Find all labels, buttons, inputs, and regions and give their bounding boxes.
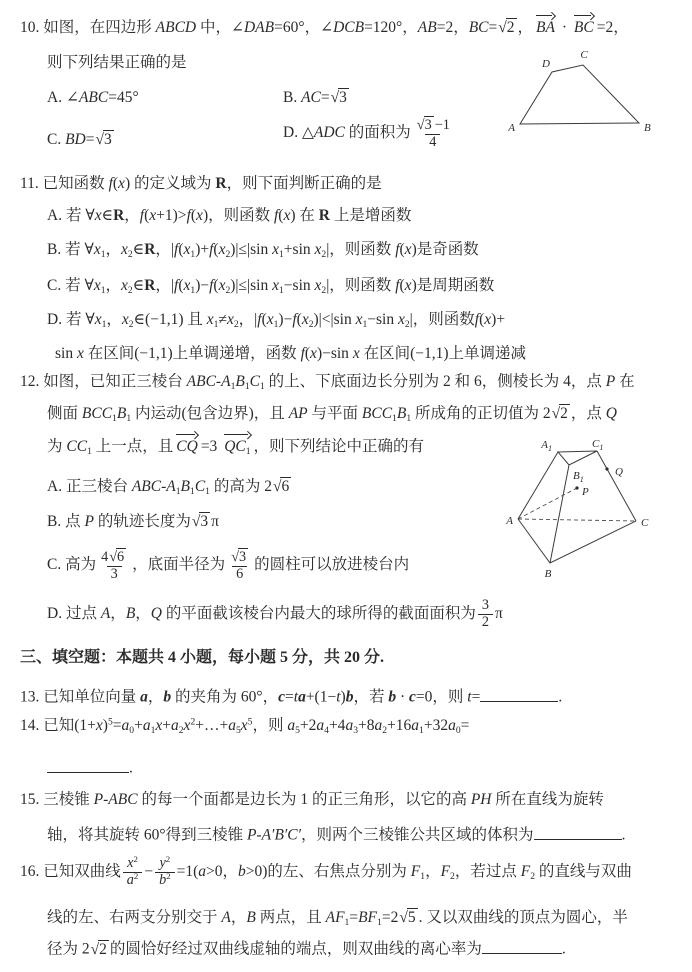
q10-figure-labels: A B C D bbox=[507, 49, 651, 134]
math-seg: 3 bbox=[479, 598, 492, 614]
math-seg: = bbox=[472, 689, 481, 706]
math-seg: 的夹角为 60°， bbox=[171, 689, 278, 706]
math-seg: π bbox=[211, 513, 219, 530]
math-seg: ，若 bbox=[353, 689, 388, 706]
math-seg: R bbox=[144, 241, 155, 258]
math-seg: 6 bbox=[116, 548, 126, 565]
math-seg: B bbox=[117, 405, 126, 422]
vertex-label-d: D bbox=[541, 58, 550, 70]
math-seg: P bbox=[84, 513, 93, 530]
math-seg: AB bbox=[418, 19, 437, 36]
math-seg: 2 bbox=[506, 18, 517, 37]
section-3-header: 三、填空题：本题共 4 小题，每小题 5 分，共 20 分. bbox=[20, 648, 384, 669]
math-seg: ) 的定义域为 bbox=[125, 175, 215, 192]
math-seg: C bbox=[250, 373, 260, 390]
math-seg: ， bbox=[148, 689, 164, 706]
math-seg: √ bbox=[192, 513, 200, 530]
math-seg: ABC bbox=[79, 89, 108, 106]
math-seg: b bbox=[238, 863, 246, 880]
math-seg: A bbox=[166, 478, 175, 495]
math-seg: · bbox=[558, 19, 571, 36]
math-seg: 2 bbox=[482, 614, 489, 630]
math-seg: ，则下列结论中正确的有 bbox=[254, 438, 425, 455]
math-seg: √ bbox=[399, 909, 407, 926]
math-seg: B. 点 bbox=[47, 513, 84, 530]
math-seg: ，则 bbox=[252, 717, 287, 734]
math-seg: −sin bbox=[284, 277, 315, 294]
math-seg: AF bbox=[326, 909, 345, 926]
math-seg: )+ bbox=[195, 241, 209, 258]
math-seg bbox=[482, 938, 562, 954]
math-seg: )|≤|sin bbox=[230, 241, 272, 258]
frustum-edge-b1b bbox=[550, 465, 569, 563]
math-seg: F bbox=[411, 863, 420, 880]
math-seg: 上一点，且 bbox=[92, 438, 173, 455]
math-seg: ， bbox=[106, 311, 122, 328]
math-seg: a bbox=[143, 717, 151, 734]
math-seg: =60°，∠ bbox=[274, 19, 333, 36]
math-seg: ， bbox=[106, 241, 122, 258]
math-seg: +…+ bbox=[195, 717, 228, 734]
math-seg: 所成角的正切值为 2 bbox=[411, 405, 551, 422]
math-seg: =120°， bbox=[364, 19, 418, 36]
math-seg: · bbox=[396, 689, 409, 706]
math-seg: 5 bbox=[407, 908, 418, 927]
vertex-label-a: A bbox=[505, 515, 513, 527]
math-seg: 两点，且 bbox=[256, 909, 326, 926]
math-seg: 4 bbox=[429, 134, 436, 150]
math-seg: 3 bbox=[103, 130, 114, 149]
math-seg: ， bbox=[518, 19, 534, 36]
math-seg bbox=[534, 824, 622, 840]
math-seg: 的圆柱可以放进棱台内 bbox=[254, 556, 409, 573]
q16-line-2: 线的左、右两支分别交于 A，B 两点，且 AF1=BF1=2√5. 又以双曲线的… bbox=[47, 908, 628, 928]
math-seg: D. 若 ∀ bbox=[47, 311, 95, 328]
math-seg: x bbox=[196, 207, 203, 224]
math-seg: 的平面截该棱台内最大的球所得的截面面积为 bbox=[162, 605, 476, 622]
math-seg: +1)> bbox=[156, 207, 186, 224]
vertex-label-c: C bbox=[580, 49, 588, 61]
math-seg: 的轨迹长度为 bbox=[94, 513, 191, 530]
math-seg: 13. 已知单位向量 bbox=[20, 689, 140, 706]
math-seg: B bbox=[181, 478, 190, 495]
math-seg: x2a2 bbox=[123, 856, 143, 889]
q15-line-1: 15. 三棱锥 P-ABC 的每一个面都是边长为 1 的正三角形，以它的高 PH… bbox=[20, 790, 604, 810]
math-seg: 16. 已知双曲线 bbox=[20, 863, 121, 880]
math-seg: 侧面 bbox=[47, 405, 82, 422]
math-seg bbox=[47, 757, 129, 773]
q11-option-d: D. 若 ∀x1，x2∈(−1,1) 且 x1≠x2，|f(x1)−f(x2)|… bbox=[47, 310, 505, 330]
q10-option-a: A. ∠ABC=45° bbox=[47, 88, 139, 108]
math-seg: P bbox=[247, 827, 256, 844]
math-seg: x bbox=[121, 241, 128, 258]
q10-figure: A B C D bbox=[495, 45, 692, 145]
math-seg: ， bbox=[106, 277, 122, 294]
frustum-edge-ab-bc bbox=[518, 519, 636, 563]
q10-option-c: C. BD=√3 bbox=[47, 130, 115, 150]
math-seg: a bbox=[198, 863, 206, 880]
math-seg: C bbox=[195, 478, 205, 495]
math-seg: )|≤|sin bbox=[230, 277, 272, 294]
vertex-label-b: B bbox=[644, 122, 651, 134]
math-seg: BA bbox=[536, 18, 555, 38]
math-seg: |，则函数 bbox=[326, 241, 395, 258]
vertex-label-c: C bbox=[641, 517, 649, 529]
q12-figure-labels: A1 C1 B1 Q P A C B bbox=[505, 438, 649, 580]
math-seg: ，| bbox=[239, 311, 258, 328]
math-seg: )+ bbox=[491, 311, 505, 328]
math-seg: A bbox=[101, 605, 110, 622]
math-seg: BC bbox=[574, 18, 594, 38]
math-seg: √36 bbox=[227, 548, 252, 583]
math-seg: AC bbox=[301, 89, 321, 106]
vertex-label-a: A bbox=[507, 122, 515, 134]
math-seg: √3 bbox=[96, 130, 114, 150]
math-seg: √2 bbox=[498, 18, 516, 38]
math-seg: B. 若 ∀ bbox=[47, 241, 94, 258]
math-seg: 在区间(−1,1)上单调递增，函数 bbox=[84, 345, 301, 362]
math-seg: x bbox=[353, 345, 360, 362]
math-seg: −1 bbox=[435, 117, 450, 133]
q14-line-2: . bbox=[47, 757, 133, 779]
math-seg: √2 bbox=[552, 404, 570, 424]
math-seg: BC bbox=[469, 19, 489, 36]
math-seg: y2 bbox=[156, 856, 173, 872]
math-seg: x bbox=[121, 277, 128, 294]
math-seg: ABCD bbox=[156, 19, 196, 36]
math-seg: √3−14 bbox=[413, 116, 453, 151]
vertex-label-b: B bbox=[545, 568, 552, 580]
math-seg: x2 bbox=[124, 856, 141, 872]
math-seg: D. △ bbox=[283, 124, 314, 141]
math-seg: x bbox=[122, 311, 129, 328]
math-seg: =3 bbox=[201, 438, 221, 455]
math-seg: 为 bbox=[47, 438, 66, 455]
math-seg: 6 bbox=[280, 477, 291, 496]
q10-option-d: D. △ADC 的面积为√3−14 bbox=[283, 116, 455, 151]
q11-option-b: B. 若 ∀x1，x2∈R，|f(x1)+f(x2)|≤|sin x1+sin … bbox=[47, 240, 479, 260]
math-seg: D. 过点 bbox=[47, 605, 101, 622]
math-seg: 1 bbox=[246, 446, 251, 457]
math-seg: 3 bbox=[238, 548, 248, 565]
math-seg: . bbox=[129, 760, 133, 777]
math-seg: a bbox=[411, 717, 419, 734]
math-seg: a bbox=[298, 689, 306, 706]
math-seg: BC bbox=[574, 19, 594, 36]
math-seg: ABC bbox=[108, 791, 137, 808]
math-seg: √3 bbox=[192, 512, 210, 532]
math-seg: F bbox=[441, 863, 450, 880]
math-seg: A bbox=[221, 909, 230, 926]
math-seg: =2， bbox=[597, 19, 629, 36]
math-seg: b bbox=[388, 689, 396, 706]
math-seg: 32 bbox=[478, 598, 493, 631]
math-seg: x bbox=[302, 311, 309, 328]
q16-line-1: 16. 已知双曲线x2a2−y2b2=1(a>0，b>0)的左、右焦点分别为 F… bbox=[20, 856, 632, 889]
math-seg: BCC bbox=[82, 405, 112, 422]
math-seg: x bbox=[267, 311, 274, 328]
math-seg: a bbox=[228, 717, 236, 734]
math-seg: 15. 三棱锥 bbox=[20, 791, 94, 808]
math-seg: a bbox=[171, 717, 179, 734]
math-seg: P bbox=[606, 373, 615, 390]
math-seg: A bbox=[221, 373, 230, 390]
math-seg: = bbox=[285, 689, 294, 706]
math-seg: y2b2 bbox=[155, 856, 175, 889]
math-seg: = bbox=[349, 909, 358, 926]
frustum-edge-c1c bbox=[597, 451, 636, 521]
math-seg: B. bbox=[283, 89, 301, 106]
math-seg: x bbox=[272, 277, 279, 294]
math-seg: −sin bbox=[367, 311, 398, 328]
math-seg: 4 bbox=[425, 134, 440, 151]
math-seg: 2 bbox=[133, 854, 137, 864]
math-seg: 在 bbox=[615, 373, 634, 390]
math-seg: 2 bbox=[98, 940, 109, 959]
math-seg: 中，∠ bbox=[196, 19, 244, 36]
math-seg: +4 bbox=[329, 717, 346, 734]
math-seg: 11. 已知函数 bbox=[20, 175, 109, 192]
math-seg: |，则函数 bbox=[410, 311, 475, 328]
math-seg: ∈(−1,1) 且 bbox=[134, 311, 207, 328]
math-seg: +32 bbox=[424, 717, 448, 734]
math-seg: =1( bbox=[177, 863, 199, 880]
math-seg: ，底面半径为 bbox=[132, 556, 225, 573]
q11-option-c: C. 若 ∀x1，x2∈R，|f(x1)−f(x2)|≤|sin x1−sin … bbox=[47, 276, 494, 296]
math-seg: x bbox=[272, 241, 279, 258]
math-seg: . bbox=[562, 941, 566, 958]
q12-line-2: 侧面 BCC1B1 内运动(包含边界)，且 AP 与平面 BCC1B1 所成角的… bbox=[47, 404, 617, 424]
math-seg: 所在直线为旋转 bbox=[492, 791, 604, 808]
math-seg: √6 bbox=[273, 477, 291, 497]
vertex-label-b1: B1 bbox=[573, 470, 584, 484]
math-seg: 3 bbox=[482, 597, 489, 613]
math-seg: ∈ bbox=[133, 241, 144, 258]
math-seg: a bbox=[140, 689, 148, 706]
math-seg: BCC bbox=[362, 405, 392, 422]
math-seg: +(1− bbox=[306, 689, 336, 706]
math-seg: √3 bbox=[227, 548, 252, 566]
exam-page: 10. 如图，在四边形 ABCD 中，∠DAB=60°，∠DCB=120°，AB… bbox=[0, 0, 692, 972]
math-seg: 3 bbox=[107, 566, 122, 583]
vertex-label-c1: C1 bbox=[592, 438, 603, 452]
math-seg: c bbox=[409, 689, 416, 706]
math-seg: √2 bbox=[91, 940, 109, 960]
math-seg: DCB bbox=[333, 19, 364, 36]
math-seg: BA bbox=[536, 19, 555, 36]
math-seg: ，则两个三棱锥公共区域的体积为 bbox=[301, 827, 534, 844]
math-seg: √ bbox=[109, 549, 116, 565]
math-seg: 3 bbox=[338, 88, 349, 107]
math-seg: = bbox=[461, 717, 470, 734]
math-seg: √ bbox=[231, 549, 238, 565]
math-seg: x bbox=[95, 207, 102, 224]
math-seg: =2， bbox=[437, 19, 469, 36]
math-seg: 2 bbox=[166, 854, 170, 864]
q10-line-2: 则下列结果正确的是 bbox=[47, 53, 187, 73]
math-seg: x bbox=[77, 345, 84, 362]
math-seg: 6 bbox=[232, 566, 247, 583]
math-seg: 在区间(−1,1)上单调递减 bbox=[360, 345, 526, 362]
math-seg: ，则下面判断正确的是 bbox=[227, 175, 382, 192]
math-seg: π bbox=[495, 605, 503, 622]
math-seg: )− bbox=[278, 311, 292, 328]
math-seg: √6 bbox=[109, 548, 126, 566]
math-seg: − bbox=[144, 863, 153, 880]
math-seg: QC bbox=[224, 438, 246, 455]
math-seg: 6 bbox=[236, 566, 243, 582]
math-seg bbox=[480, 686, 558, 702]
math-seg: √3 bbox=[331, 88, 349, 108]
math-seg: Q bbox=[151, 605, 162, 622]
math-seg: . bbox=[558, 689, 562, 706]
math-seg: √ bbox=[552, 405, 560, 422]
math-seg: 的高为 2 bbox=[210, 478, 272, 495]
math-seg: 3 bbox=[111, 566, 118, 582]
math-seg: BD bbox=[65, 131, 86, 148]
math-seg: A′B′C′ bbox=[262, 827, 301, 844]
math-seg: ADC bbox=[314, 124, 345, 141]
point-q-dot bbox=[605, 467, 608, 470]
math-seg: 线的左、右两支分别交于 bbox=[47, 909, 221, 926]
math-seg: CQ bbox=[176, 437, 198, 457]
math-seg: )−sin bbox=[317, 345, 353, 362]
math-seg: B bbox=[126, 605, 135, 622]
q11-option-d-cont: sin x 在区间(−1,1)上单调递增，函数 f(x)−sin x 在区间(−… bbox=[55, 344, 526, 364]
math-seg: sin bbox=[55, 345, 77, 362]
math-seg: x bbox=[398, 311, 405, 328]
frustum-edge-ac-dashed bbox=[518, 519, 636, 521]
math-seg: x bbox=[207, 311, 214, 328]
math-seg: P bbox=[94, 791, 103, 808]
math-seg: 与平面 bbox=[308, 405, 362, 422]
math-seg: ∈ bbox=[133, 277, 144, 294]
math-seg: 的面积为 bbox=[345, 124, 411, 141]
math-seg: )是奇函数 bbox=[412, 241, 479, 258]
math-seg: √3−1 bbox=[413, 116, 453, 134]
math-seg: BF bbox=[358, 909, 377, 926]
math-seg: = bbox=[113, 717, 122, 734]
math-seg: )是周期函数 bbox=[412, 277, 495, 294]
math-seg: 的每一个面都是边长为 1 的正三角形，以它的高 bbox=[138, 791, 471, 808]
math-seg: C. bbox=[47, 131, 65, 148]
math-seg: +8 bbox=[358, 717, 375, 734]
math-seg: ， bbox=[231, 909, 247, 926]
math-seg: x bbox=[96, 717, 103, 734]
math-seg: A. 若 ∀ bbox=[47, 207, 95, 224]
math-seg: +2 bbox=[300, 717, 317, 734]
math-seg: =45° bbox=[108, 89, 138, 106]
math-seg: >0)的左、右焦点分别为 bbox=[246, 863, 411, 880]
math-seg: )|<|sin bbox=[314, 311, 356, 328]
frustum-dashed-edges bbox=[518, 488, 636, 521]
math-seg: x bbox=[405, 241, 412, 258]
math-seg: ， bbox=[124, 207, 140, 224]
q10-option-b: B. AC=√3 bbox=[283, 88, 350, 108]
math-seg: = bbox=[489, 19, 498, 36]
math-seg: √ bbox=[498, 19, 506, 36]
math-seg: √3 bbox=[231, 548, 248, 566]
math-seg: =2 bbox=[382, 909, 399, 926]
math-seg: CC bbox=[66, 438, 87, 455]
math-seg: + bbox=[162, 717, 171, 734]
math-seg: 的上、下底面边长分别为 2 和 6，侧棱长为 4，点 bbox=[265, 373, 606, 390]
math-seg: x bbox=[94, 241, 101, 258]
math-seg: 的圆恰好经过双曲线虚轴的端点，则双曲线的离心率为 bbox=[110, 941, 482, 958]
math-seg: 则下列结果正确的是 bbox=[47, 54, 187, 71]
math-seg: B bbox=[235, 373, 244, 390]
math-seg: >0， bbox=[206, 863, 238, 880]
math-seg: |，则函数 bbox=[326, 277, 395, 294]
math-seg: ) 在 bbox=[290, 207, 318, 224]
math-seg: 4√6 bbox=[98, 548, 130, 566]
math-seg: √ bbox=[273, 478, 281, 495]
math-seg: a bbox=[448, 717, 456, 734]
math-seg: b2 bbox=[155, 872, 175, 889]
math-seg: + bbox=[134, 717, 143, 734]
math-seg: +16 bbox=[387, 717, 411, 734]
math-seg: 12. 如图，已知正三棱台 bbox=[20, 373, 187, 390]
math-seg: 4 bbox=[101, 549, 108, 565]
math-seg: ， bbox=[110, 605, 126, 622]
math-seg: QC1 bbox=[224, 437, 250, 457]
q16-line-3: 径为 2√2的圆恰好经过双曲线虚轴的端点，则双曲线的离心率为. bbox=[47, 938, 566, 960]
math-seg: R bbox=[215, 175, 226, 192]
math-seg: 3 bbox=[424, 116, 434, 133]
math-seg: x bbox=[310, 345, 317, 362]
math-seg: ，| bbox=[155, 277, 174, 294]
math-seg: = bbox=[321, 89, 330, 106]
math-seg: 2 bbox=[166, 871, 170, 881]
math-seg: b bbox=[163, 689, 171, 706]
math-seg: DAB bbox=[244, 19, 274, 36]
math-seg: x bbox=[241, 717, 248, 734]
q11-option-a: A. 若 ∀x∈R，f(x+1)>f(x)，则函数 f(x) 在 R 上是增函数 bbox=[47, 206, 411, 226]
math-seg: ，若过点 bbox=[455, 863, 521, 880]
math-seg: 径为 2 bbox=[47, 941, 90, 958]
math-seg: AP bbox=[289, 405, 308, 422]
math-seg: √5 bbox=[399, 908, 417, 928]
math-seg: )，则函数 bbox=[203, 207, 274, 224]
math-seg: ，点 bbox=[571, 405, 606, 422]
math-seg: R bbox=[319, 207, 330, 224]
math-seg: √ bbox=[96, 131, 104, 148]
math-seg: CQ bbox=[176, 438, 198, 455]
math-seg: )− bbox=[195, 277, 209, 294]
math-seg: 10. 如图，在四边形 bbox=[20, 19, 156, 36]
math-seg: x bbox=[118, 175, 125, 192]
frustum-top-face bbox=[558, 451, 597, 465]
q12-option-a: A. 正三棱台 ABC-A1B1C1 的高为 2√6 bbox=[47, 477, 292, 497]
point-p-dot bbox=[575, 486, 578, 489]
math-seg: ， bbox=[135, 605, 151, 622]
math-seg: 3 bbox=[199, 512, 210, 531]
math-seg: 2 bbox=[134, 871, 138, 881]
q12-line-1: 12. 如图，已知正三棱台 ABC-A1B1C1 的上、下底面边长分别为 2 和… bbox=[20, 372, 635, 392]
math-seg: =0，则 bbox=[416, 689, 467, 706]
math-seg: R bbox=[113, 207, 124, 224]
q15-line-2: 轴，将其旋转 60°得到三棱锥 P-A′B′C′，则两个三棱锥公共区域的体积为. bbox=[47, 824, 625, 846]
q11-line-1: 11. 已知函数 f(x) 的定义域为 R，则下面判断正确的是 bbox=[20, 174, 382, 194]
math-seg: A. 正三棱台 bbox=[47, 478, 132, 495]
math-seg: . 又以双曲线的顶点为圆心，半 bbox=[419, 909, 628, 926]
math-seg: 轴，将其旋转 60°得到三棱锥 bbox=[47, 827, 247, 844]
math-seg: 上是增函数 bbox=[330, 207, 411, 224]
math-seg: PH bbox=[471, 791, 492, 808]
math-seg: +sin bbox=[284, 241, 315, 258]
math-seg: ≠ bbox=[218, 311, 227, 328]
q12-figure: A1 C1 B1 Q P A C B bbox=[495, 435, 692, 607]
